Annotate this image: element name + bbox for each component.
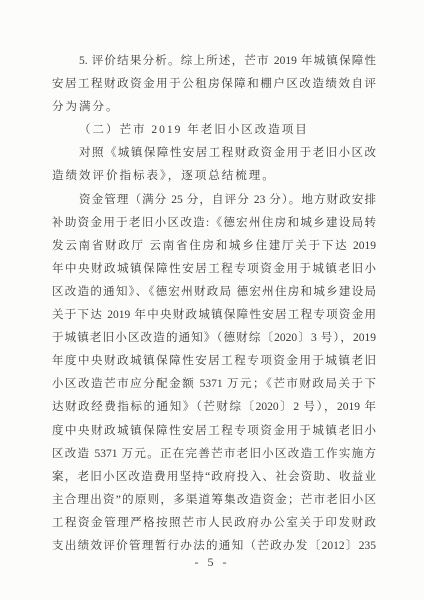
- text-line: 区改造 5371 万元。正在完善芒市老旧小区改造工作实施方: [52, 443, 376, 466]
- text-line: 主合理出资”的原则，多渠道筹集改造资金；芒市老旧小区: [52, 489, 376, 512]
- text-line: 小区改造芒市应分配金额 5371 万元；《芒市财政局关于下: [52, 373, 376, 396]
- text-line: 区改造的通知》、《德宏州财政局 德宏州住房和城乡建设局: [52, 281, 376, 304]
- text-line: （二）芒市 2019 年老旧小区改造项目: [52, 119, 376, 142]
- text-line: 造绩效评价指标表》，逐项总结梳理。: [52, 165, 376, 188]
- text-line: 达财政经费指标的通知》（芒财综〔2020〕2 号），2019 年: [52, 396, 376, 419]
- text-line: 发云南省财政厅 云南省住房和城乡住建厅关于下达 2019: [52, 235, 376, 258]
- text-line: 度中央财政城镇保障性安居工程专项资金用于城镇老旧小: [52, 420, 376, 443]
- page-number: - 5 -: [0, 553, 424, 571]
- text-line: 年中央财政城镇保障性安居工程专项资金用于城镇老旧小: [52, 258, 376, 281]
- text-line: 工程资金管理严格按照芒市人民政府办公室关于印发财政: [52, 512, 376, 535]
- text-line: 资金管理（满分 25 分，自评分 23 分）。地方财政安排: [52, 189, 376, 212]
- text-line: 关于下达 2019 年中央财政城镇保障性安居工程专项资金用: [52, 304, 376, 327]
- text-line: 案，老旧小区改造费用坚持“政府投入、社会资助、收益业: [52, 466, 376, 489]
- scanned-document-page: 5. 评价结果分析。综上所述，芒市 2019 年城镇保障性安居工程财政资金用于公…: [0, 0, 424, 600]
- text-line: 对照《城镇保障性安居工程财政资金用于老旧小区改: [52, 142, 376, 165]
- text-line: 5. 评价结果分析。综上所述，芒市 2019 年城镇保障性: [52, 50, 376, 73]
- text-line: 于城镇老旧小区改造的通知》（德财综〔2020〕3 号），2019: [52, 327, 376, 350]
- text-block: 5. 评价结果分析。综上所述，芒市 2019 年城镇保障性安居工程财政资金用于公…: [52, 50, 376, 558]
- text-line: 年度中央财政城镇保障性安居工程专项资金用于城镇老旧: [52, 350, 376, 373]
- text-line: 安居工程财政资金用于公租房保障和棚户区改造绩效自评: [52, 73, 376, 96]
- text-line: 分为满分。: [52, 96, 376, 119]
- text-line: 补助资金用于老旧小区改造:《德宏州住房和城乡建设局转: [52, 212, 376, 235]
